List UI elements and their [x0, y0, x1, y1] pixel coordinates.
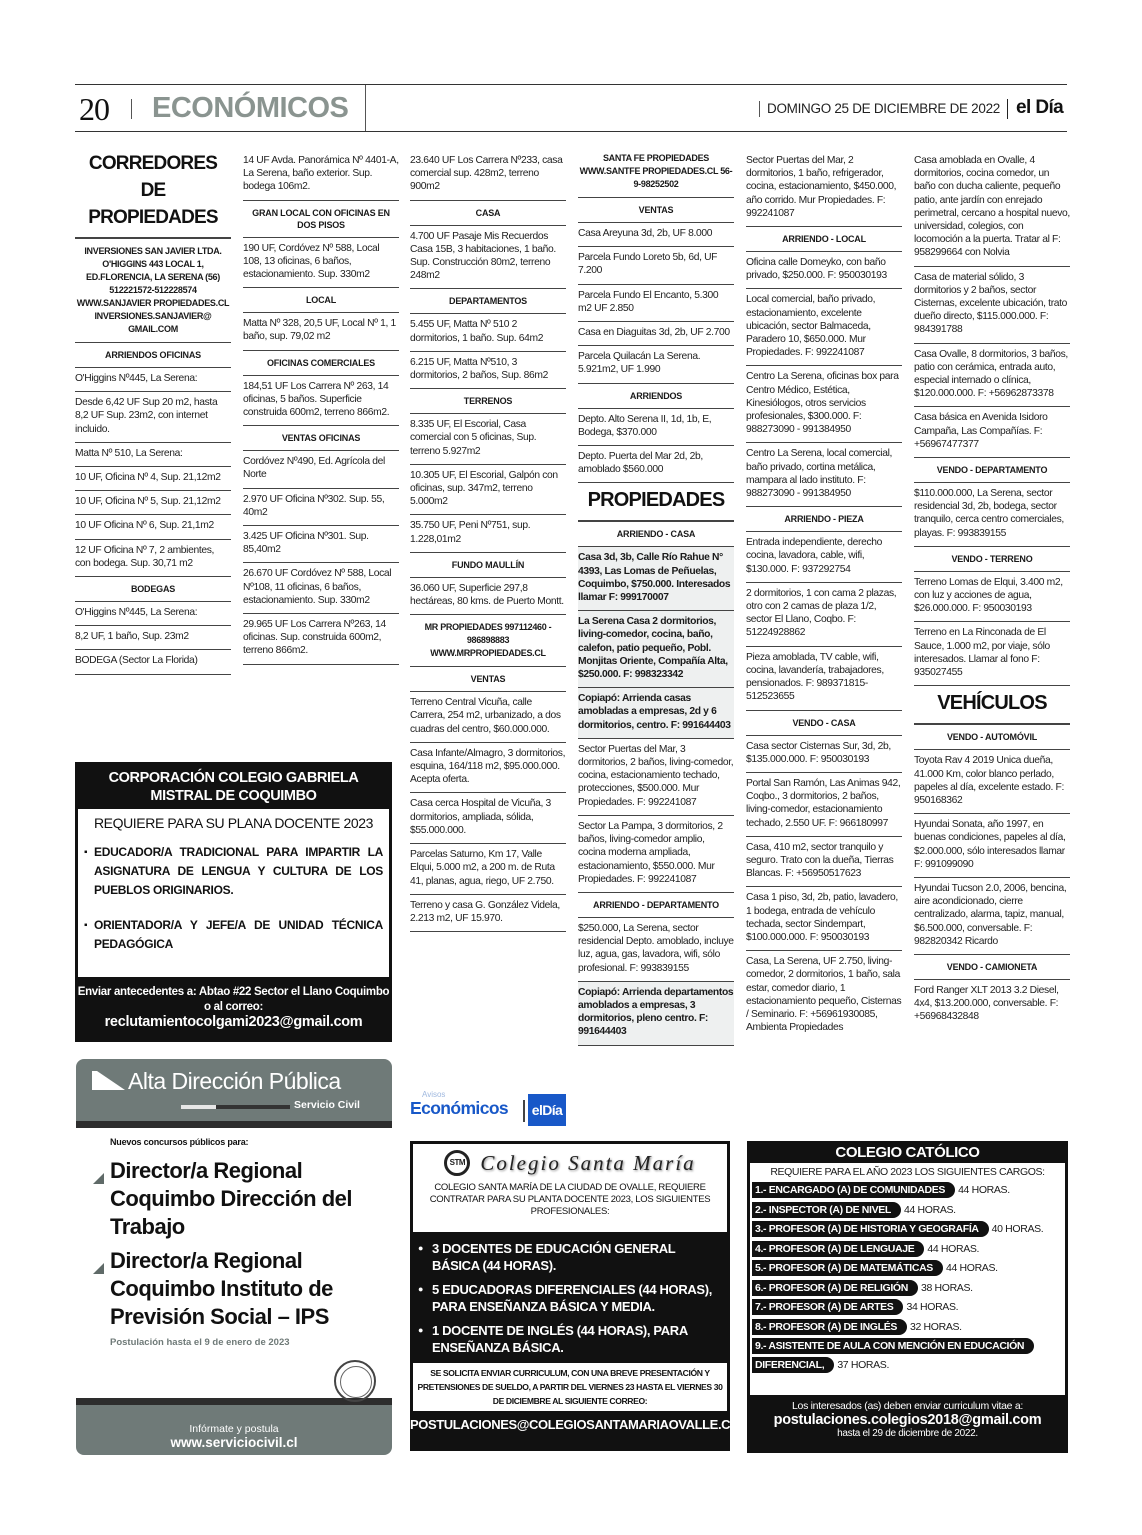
classified-ad: 10 UF Oficina Nº 6, Sup. 21,1m2	[75, 515, 231, 539]
classified-ad: Casa amoblada en Ovalle, 4 dormitorios, …	[914, 150, 1070, 267]
position-row: 9.- ASISTENTE DE AULA CON MENCIÓN EN EDU…	[752, 1338, 1063, 1373]
subcategory: ARRIENDO - DEPARTAMENTO	[578, 893, 734, 918]
or-email: o al correo:	[75, 1000, 392, 1015]
classified-ad: Local comercial, baño privado, estaciona…	[746, 289, 902, 366]
classified-ad: Casa, 410 m2, sector tranquilo y seguro.…	[746, 837, 902, 888]
subcategory: VENDO - DEPARTAMENTO	[914, 458, 1070, 483]
job-title: Director/a Regional Coquimbo Dirección d…	[90, 1157, 378, 1241]
position-item: 3 DOCENTES DE EDUCACIÓN GENERAL BÁSICA (…	[418, 1240, 722, 1274]
subcategory: FUNDO MAULLÍN	[410, 553, 566, 578]
agency-info: INVERSIONES SAN JAVIER LTDA. O'HIGGINS 4…	[75, 239, 231, 343]
divider	[365, 85, 366, 131]
classified-ad: Toyota Rav 4 2019 Unica dueña, 41.000 Km…	[914, 750, 1070, 814]
classified-ad: $250.000, La Serena, sector residencial …	[578, 918, 734, 982]
ad-intro: Nuevos concursos públicos para:	[110, 1137, 378, 1147]
position-item: 1 DOCENTE DE INGLÉS (44 HORAS), PARA ENS…	[418, 1322, 722, 1356]
subcategory: VENTAS	[578, 198, 734, 223]
classified-ad: Casa sector Cisternas Sur, 3d, 2b, $135.…	[746, 736, 902, 773]
ad-requirement: REQUIERE PARA SU PLANA DOCENTE 2023	[84, 815, 383, 831]
subcategory: ARRIENDO - CASA	[578, 522, 734, 547]
agency-info: MR PROPIEDADES 997112460 - 986898883 WWW…	[410, 615, 566, 667]
classified-ad: Casa Infante/Almagro, 3 dormitorios, esq…	[410, 743, 566, 794]
contact-email[interactable]: postulaciones.colegios2018@gmail.com	[747, 1412, 1068, 1428]
position-hours: 44 HORAS.	[946, 1262, 998, 1274]
logo-eldia: elDía	[528, 1094, 566, 1126]
subcategory: DEPARTAMENTOS	[410, 289, 566, 314]
school-crest-icon: STM	[444, 1150, 470, 1176]
classified-ad: Casa en Diaguitas 3d, 2b, UF 2.700	[578, 322, 734, 346]
category-title: PROPIEDADES	[578, 483, 734, 522]
classified-ad: Sector La Pampa, 3 dormitorios, 2 baños,…	[578, 816, 734, 893]
ad-footer: Enviar antecedentes a: Abtao #22 Sector …	[75, 977, 392, 1030]
position-hours: 40 HORAS.	[992, 1223, 1044, 1235]
position-hours: 34 HORAS.	[906, 1301, 958, 1313]
classified-ad: 5.455 UF, Matta Nº 510 2 dormitorios, 1 …	[410, 314, 566, 351]
subcategory: GRAN LOCAL CON OFICINAS EN DOS PISOS	[243, 201, 399, 238]
position-item: 5 EDUCADORAS DIFERENCIALES (44 HORAS), P…	[418, 1281, 722, 1315]
position-role: 7.- PROFESOR (A) DE ARTES	[752, 1299, 903, 1315]
publication-date: DOMINGO 25 DE DICIEMBRE DE 2022	[767, 101, 1000, 116]
divider	[131, 99, 132, 119]
classified-ad: Parcela Fundo El Encanto, 5.300 m2 UF 2.…	[578, 285, 734, 322]
avisos-economicos-logo: Avisos Económicos elDía	[410, 1090, 566, 1130]
page-number: 20	[79, 91, 109, 128]
position-role: 4.- PROFESOR (A) DE LENGUAJE	[752, 1241, 924, 1257]
classified-ad: Entrada independiente, derecho cocina, l…	[746, 532, 902, 583]
classified-ad-highlighted: La Serena Casa 2 dormitorios, living-com…	[578, 611, 734, 688]
contact-email[interactable]: POSTULACIONES@COLEGIOSANTAMARIAOVALLE.CL	[410, 1411, 730, 1432]
classified-ad: 184,51 UF Los Carrera Nº 263, 14 oficina…	[243, 376, 399, 427]
decorative-bar	[216, 1105, 290, 1109]
classified-ad: 8,2 UF, 1 baño, Sup. 23m2	[75, 626, 231, 650]
divider	[76, 1121, 392, 1128]
ad-footer: Los interesados (as) deben enviar curric…	[747, 1395, 1068, 1439]
section-title: ECONÓMICOS	[152, 92, 348, 125]
position-row: 3.- PROFESOR (A) DE HISTORIA Y GEOGRAFÍA…	[752, 1221, 1063, 1237]
org-name: Alta Dirección Pública	[128, 1068, 341, 1095]
position-hours: 44 HORAS.	[904, 1204, 956, 1216]
subcategory: TERRENOS	[410, 389, 566, 414]
classified-ad: 26.670 UF Cordóvez Nº 588, Local Nº108, …	[243, 563, 399, 614]
classified-ad: 10.305 UF, El Escorial, Galpón con ofici…	[410, 465, 566, 516]
classified-ad: 8.335 UF, El Escorial, Casa comercial co…	[410, 414, 566, 465]
position-role: 5.- PROFESOR (A) DE MATEMÁTICAS	[752, 1260, 943, 1276]
subcategory: VENTAS OFICINAS	[243, 426, 399, 451]
deadline: Postulación hasta el 9 de enero de 2023	[110, 1337, 378, 1348]
subcategory: VENTAS	[410, 667, 566, 692]
classified-ad: 35.750 UF, Peni Nº751, sup. 1.228,01m2	[410, 515, 566, 552]
subcategory: ARRIENDOS	[578, 384, 734, 409]
subcategory: VENDO - CAMIONETA	[914, 955, 1070, 980]
classified-ad: 12 UF Oficina Nº 7, 2 ambientes, con bod…	[75, 540, 231, 577]
classified-ad: Oficina calle Domeyko, con baño privado,…	[746, 252, 902, 289]
classified-ad: Casa de material sólido, 3 dormitorios y…	[914, 267, 1070, 344]
classified-ad: 6.215 UF, Matta Nº510, 3 dormitorios, 2 …	[410, 352, 566, 389]
classified-ad: Casa básica en Avenida Isidoro Campaña, …	[914, 407, 1070, 458]
classified-ad: Terreno y casa G. González Videla, 2.213…	[410, 895, 566, 932]
classified-ad: Sector Puertas del Mar, 3 dormitorios, 2…	[578, 739, 734, 816]
brand-logo: el Día	[1016, 97, 1063, 119]
classified-ad: O'Higgins Nº445, La Serena:	[75, 602, 231, 626]
subcategory: ARRIENDO - PIEZA	[746, 507, 902, 532]
position-hours: 37 HORAS.	[837, 1359, 889, 1371]
position-role: 6.- PROFESOR (A) DE RELIGIÓN	[752, 1280, 918, 1296]
send-to: Enviar antecedentes a: Abtao #22 Sector …	[75, 985, 392, 1000]
classified-ad: Parcela Fundo Loreto 5b, 6d, UF 7.200	[578, 247, 734, 284]
classified-ad: Pieza amoblada, TV cable, wifi, cocina, …	[746, 647, 902, 711]
ad-title: CORPORACIÓN COLEGIO GABRIELA MISTRAL DE …	[75, 762, 392, 809]
classified-ad: 2 dormitorios, 1 con cama 2 plazas, otro…	[746, 583, 902, 647]
colegio-catolico-ad: COLEGIO CATÓLICO REQUIERE PARA EL AÑO 20…	[747, 1141, 1068, 1453]
position-role: 1.- ENCARGADO (A) DE COMUNIDADES	[752, 1182, 955, 1198]
classified-ad: Hyundai Sonata, año 1997, en buenas cond…	[914, 814, 1070, 878]
category-title: CORREDORES DE PROPIEDADES	[75, 146, 231, 239]
classified-ad: Desde 6,42 UF Sup 20 m2, hasta 8,2 UF Su…	[75, 392, 231, 443]
classified-ad: 29.965 UF Los Carrera Nº263, 14 oficinas…	[243, 614, 399, 665]
classified-ad: Casa Areyuna 3d, 2b, UF 8.000	[578, 223, 734, 247]
school-name: Colegio Santa María	[480, 1151, 695, 1176]
instructions: SE SOLICITA ENVIAR CURRICULUM, CON UNA B…	[413, 1363, 727, 1411]
classified-ad: Hyundai Tucson 2.0, 2006, bencina, aire …	[914, 878, 1070, 955]
position-hours: 38 HORAS.	[921, 1282, 973, 1294]
divider	[759, 101, 760, 117]
ad-body: REQUIERE PARA EL AÑO 2023 LOS SIGUIENTES…	[750, 1163, 1065, 1395]
classified-ad: Casa cerca Hospital de Vicuña, 3 dormito…	[410, 793, 566, 844]
category-title: VEHÍCULOS	[914, 686, 1070, 725]
classified-ad: Sector Puertas del Mar, 2 dormitorios, 1…	[746, 150, 902, 227]
position-role-cont: DIFERENCIAL,	[752, 1357, 834, 1373]
classified-ad: 190 UF, Cordóvez Nº 588, Local 108, 13 o…	[243, 238, 399, 289]
position-role: 8.- PROFESOR (A) DE INGLÉS	[752, 1319, 907, 1335]
contact-email[interactable]: reclutamientocolgami2023@gmail.com	[75, 1015, 392, 1030]
classified-ad: BODEGA (Sector La Florida)	[75, 650, 231, 674]
position-list: 3 DOCENTES DE EDUCACIÓN GENERAL BÁSICA (…	[410, 1232, 730, 1356]
column-3: 23.640 UF Los Carrera Nº233, casa comerc…	[410, 150, 566, 932]
divider	[523, 1100, 525, 1122]
ad-body: Nuevos concursos públicos para: Director…	[76, 1128, 392, 1398]
subcategory: ARRIENDO - LOCAL	[746, 227, 902, 252]
subcategory: LOCAL	[243, 288, 399, 313]
position-row: 5.- PROFESOR (A) DE MATEMÁTICAS44 HORAS.	[752, 1260, 1063, 1276]
column-6: Casa amoblada en Ovalle, 4 dormitorios, …	[914, 150, 1070, 1030]
classified-ad: 36.060 UF, Superficie 297,8 hectáreas, 8…	[410, 578, 566, 615]
classified-ad: 10 UF, Oficina Nº 4, Sup. 21,12m2	[75, 467, 231, 491]
classified-ad: Casa, La Serena, UF 2.750, living-comedo…	[746, 951, 902, 1040]
subcategory: VENDO - CASA	[746, 711, 902, 736]
classified-ad: Depto. Alto Serena II, 1d, 1b, E, Bodega…	[578, 409, 734, 446]
classified-ad: Depto. Puerta del Mar 2d, 2b, amoblado $…	[578, 446, 734, 483]
divider	[1007, 99, 1008, 119]
classified-ad: Parcelas Saturno, Km 17, Valle Elqui, 5.…	[410, 844, 566, 895]
column-5: Sector Puertas del Mar, 2 dormitorios, 1…	[746, 150, 902, 1040]
position-role: 2.- INSPECTOR (A) DE NIVEL	[752, 1202, 901, 1218]
position-role: 9.- ASISTENTE DE AULA CON MENCIÓN EN EDU…	[752, 1338, 1034, 1354]
classified-ad: Cordóvez Nº490, Ed. Agrícola del Norte	[243, 451, 399, 488]
job-title: Director/a Regional Coquimbo Instituto d…	[90, 1247, 378, 1331]
subcategory: ARRIENDOS OFICINAS	[75, 343, 231, 368]
classified-ad: Terreno Lomas de Elqui, 3.400 m2, con lu…	[914, 572, 1070, 623]
classified-ad: Casa 1 piso, 3d, 2b, patio, lavadero, 1 …	[746, 887, 902, 951]
position-item: EDUCADOR/A TRADICIONAL PARA IMPARTIR LA …	[84, 843, 383, 900]
position-hours: 44 HORAS.	[927, 1243, 979, 1255]
position-row: 7.- PROFESOR (A) DE ARTES34 HORAS.	[752, 1299, 1063, 1315]
position-hours: 32 HORAS.	[910, 1321, 962, 1333]
classified-ad: O'Higgins Nº445, La Serena:	[75, 368, 231, 392]
agency-info: SANTA FE PROPIEDADES WWW.SANTFE PROPIEDA…	[578, 146, 734, 198]
position-row: 2.- INSPECTOR (A) DE NIVEL44 HORAS.	[752, 1202, 1063, 1218]
ad-footer: Infórmate y postula www.serviciocivil.cl	[76, 1405, 392, 1450]
classified-ad: $110.000.000, La Serena, sector residenc…	[914, 483, 1070, 547]
classified-ad: Matta Nº 328, 20,5 UF, Local Nº 1, 1 bañ…	[243, 313, 399, 350]
position-row: 6.- PROFESOR (A) DE RELIGIÓN38 HORAS.	[752, 1280, 1063, 1296]
classified-ad: 3.425 UF Oficina Nº301. Sup. 85,40m2	[243, 526, 399, 563]
logo-economicos: Económicos	[410, 1098, 508, 1119]
certification-seal-icon	[334, 1360, 376, 1402]
position-row: 8.- PROFESOR (A) DE INGLÉS32 HORAS.	[752, 1319, 1063, 1335]
ad-requirement: REQUIERE PARA EL AÑO 2023 LOS SIGUIENTES…	[752, 1166, 1063, 1178]
alta-direccion-publica-ad: Alta Dirección Pública Servicio Civil Nu…	[76, 1059, 392, 1455]
position-hours: 44 HORAS.	[958, 1184, 1010, 1196]
classified-ad: Parcela Quilacán La Serena. 5.921m2, UF …	[578, 346, 734, 383]
position-row: 1.- ENCARGADO (A) DE COMUNIDADES44 HORAS…	[752, 1182, 1063, 1198]
column-2: 14 UF Avda. Panorámica Nº 4401-A, La Ser…	[243, 150, 399, 665]
ad-header: STM Colegio Santa María COLEGIO SANTA MA…	[413, 1144, 727, 1232]
classified-ad: Centro La Serena, local comercial, baño …	[746, 443, 902, 507]
subcategory: VENDO - TERRENO	[914, 547, 1070, 572]
website-link[interactable]: www.serviciocivil.cl	[76, 1435, 392, 1450]
classified-ad-highlighted: Copiapó: Arrienda departamentos amoblado…	[578, 982, 734, 1046]
classified-ad: 23.640 UF Los Carrera Nº233, casa comerc…	[410, 150, 566, 201]
colegio-santa-maria-ad: STM Colegio Santa María COLEGIO SANTA MA…	[410, 1141, 730, 1451]
classified-ad-highlighted: Casa 3d, 3b, Calle Río Rahue N° 4393, La…	[578, 547, 734, 611]
classified-ad: Centro La Serena, oficinas box para Cent…	[746, 366, 902, 443]
classified-ad-highlighted: Copiapó: Arrienda casas amobladas a empr…	[578, 688, 734, 739]
deadline: hasta el 29 de diciembre de 2022.	[747, 1428, 1068, 1439]
position-item: ORIENTADOR/A Y JEFE/A DE UNIDAD TÉCNICA …	[84, 916, 383, 954]
classified-ad: 14 UF Avda. Panorámica Nº 4401-A, La Ser…	[243, 150, 399, 201]
position-role: 3.- PROFESOR (A) DE HISTORIA Y GEOGRAFÍA	[752, 1221, 989, 1237]
subcategory: BODEGAS	[75, 577, 231, 602]
column-4: SANTA FE PROPIEDADES WWW.SANTFE PROPIEDA…	[578, 146, 734, 1046]
subcategory: VENDO - AUTOMÓVIL	[914, 725, 1070, 750]
ad-title: COLEGIO CATÓLICO	[747, 1141, 1068, 1163]
ad-intro: COLEGIO SANTA MARÍA DE LA CIUDAD DE OVAL…	[413, 1182, 727, 1218]
triangle-logo-icon	[97, 1071, 125, 1090]
cta-text: Infórmate y postula	[76, 1423, 392, 1435]
classified-ad: Matta Nº 510, La Serena:	[75, 443, 231, 467]
page-header: 20 ECONÓMICOS DOMINGO 25 DE DICIEMBRE DE…	[75, 84, 1067, 132]
school-logo: STM Colegio Santa María	[413, 1148, 727, 1178]
classified-ad: Ford Ranger XLT 2013 3.2 Diesel, 4x4, $1…	[914, 980, 1070, 1030]
classified-ad: Casa Ovalle, 8 dormitorios, 3 baños, pat…	[914, 344, 1070, 408]
classified-ad: Terreno en La Rinconada de El Sauce, 1.0…	[914, 622, 1070, 686]
classified-ad: 10 UF, Oficina Nº 5, Sup. 21,12m2	[75, 491, 231, 515]
instructions: Los interesados (as) deben enviar curric…	[747, 1400, 1068, 1412]
classified-ad: Portal San Ramón, Las Animas 942, Coqbo.…	[746, 773, 902, 837]
ad-body: REQUIERE PARA SU PLANA DOCENTE 2023 EDUC…	[78, 809, 389, 977]
subcategory: CASA	[410, 201, 566, 226]
classified-ad: 2.970 UF Oficina Nº302. Sup. 55, 40m2	[243, 489, 399, 526]
classified-ad: 4.700 UF Pasaje Mis Recuerdos Casa 15B, …	[410, 226, 566, 290]
subcategory: OFICINAS COMERCIALES	[243, 351, 399, 376]
position-row: 4.- PROFESOR (A) DE LENGUAJE44 HORAS.	[752, 1241, 1063, 1257]
column-1: CORREDORES DE PROPIEDADES INVERSIONES SA…	[75, 146, 231, 675]
gabriela-mistral-ad: CORPORACIÓN COLEGIO GABRIELA MISTRAL DE …	[75, 762, 392, 1042]
ad-header: Alta Dirección Pública Servicio Civil	[76, 1059, 392, 1121]
service-name: Servicio Civil	[294, 1099, 360, 1111]
classified-ad: Terreno Central Vicuña, calle Carrera, 2…	[410, 692, 566, 743]
